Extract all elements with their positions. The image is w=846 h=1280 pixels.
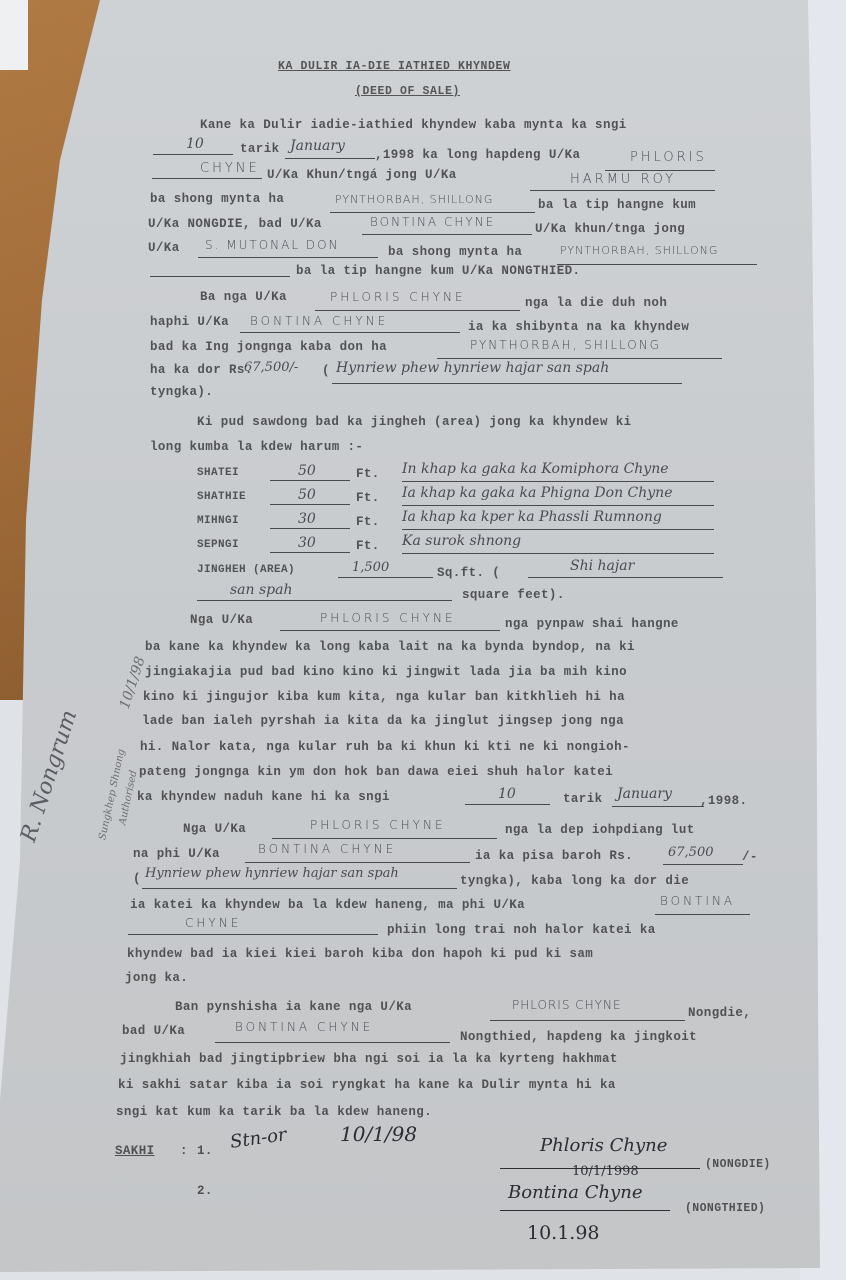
para4-line-6: pateng jongnga kin ym don hok ban dawa e… (139, 765, 613, 779)
day-blank (153, 154, 233, 155)
para5-t5: tyngka), kaba long ka dor die (460, 874, 689, 888)
khun-text-2: U/Ka khun/tnga jong (535, 222, 685, 236)
para5-buyer-blank (245, 862, 470, 863)
para2-t4: bad ka Ing jongnga kaba don ha (150, 340, 387, 354)
boundary-unit: Ft. (356, 515, 380, 529)
para2-seller: PHLORIS CHYNE (330, 290, 466, 304)
para2-lead: Ba nga U/Ka (200, 290, 287, 304)
seller-signature: Phloris Chyne (540, 1135, 667, 1156)
boundary-label: MIHNGI (197, 515, 239, 527)
area-words-2-blank (197, 600, 452, 601)
boundary-unit: Ft. (356, 539, 380, 553)
boundary-value-blank (270, 504, 350, 505)
para4-year: ,1998. (700, 794, 747, 808)
witness2-num: 2. (197, 1184, 213, 1198)
para5-t2: na phi U/Ka (133, 847, 220, 861)
para4-last-line: ka khyndew naduh kane hi ka sngi (137, 790, 390, 804)
para5-t6: ia katei ka khyndew ba la kdew haneng, m… (130, 898, 525, 912)
para4-line-4: lade ban ialeh pyrshah ia kita da ka jin… (142, 714, 624, 728)
nongthied-text: ba la tip hangne kum U/Ka NONGTHIED. (296, 264, 580, 278)
para2-amount-words: Hynriew phew hynriew hajar san spah (336, 360, 609, 376)
intro-line: Kane ka Dulir iadie-iathied khyndew kaba… (200, 118, 627, 132)
para2-t3: ia ka shibynta na ka khyndew (468, 320, 689, 334)
para5-t3: ia ka pisa baroh Rs. (475, 849, 633, 863)
month-blank (285, 158, 375, 159)
para5-buyer-last: CHYNE (185, 916, 241, 930)
para2-buyer: BONTINA CHYNE (250, 314, 388, 328)
para3-line1: Ki pud sawdong bad ka jingheh (area) jon… (197, 415, 632, 429)
para6-line-1: ki sakhi satar kiba ia soi ryngkat ha ka… (118, 1078, 616, 1092)
area-value: 1,500 (352, 560, 389, 575)
para4-seller: PHLORIS CHYNE (320, 611, 456, 625)
para5-amount-words: Hynriew phew hynriew hajar san spah (145, 866, 399, 881)
para2-paren: ( (322, 364, 330, 378)
boundary-label: SHATHIE (197, 491, 246, 503)
shong-text: ba shong mynta ha (150, 192, 284, 206)
para5-seller: PHLORIS CHYNE (310, 818, 446, 832)
area-value-blank (338, 577, 433, 578)
seller-role: (NONGDIE) (705, 1158, 771, 1171)
para6-t3: Nongthied, hapdeng ka jingkoit (460, 1030, 697, 1044)
boundary-desc-blank (402, 553, 714, 554)
para5-buyer-last-blank (128, 934, 378, 935)
para6-t2: bad U/Ka (122, 1024, 185, 1038)
para6-t1: Nongdie, (688, 1006, 751, 1020)
para2-words-blank (332, 383, 682, 384)
para4-day: 10 (498, 786, 516, 802)
para4-month-blank (612, 806, 704, 807)
para5-seller-blank (272, 838, 497, 839)
para6-line-0: jingkhiah bad jingtipbriew bha ngi soi i… (120, 1052, 618, 1066)
uka-label: U/Ka (148, 241, 180, 255)
boundary-description: In khap ka gaka ka Komiphora Chyne (402, 461, 669, 477)
para2-t5: ha ka dor Rs. (150, 363, 253, 377)
para4-lead: Nga U/Ka (190, 613, 253, 627)
para4-line-3: kino ki jingujor kiba kum kita, nga kula… (143, 690, 625, 704)
tarik-label: tarik (240, 142, 280, 156)
para4-tarik: tarik (563, 792, 603, 806)
para6-line-2: sngi kat kum ka tarik ba la kdew haneng. (116, 1105, 432, 1119)
para2-location: PYNTHORBAH, SHILLONG (470, 338, 661, 352)
intro-seller-last: CHYNE (200, 161, 260, 176)
buyer-role: (NONGTHIED) (685, 1202, 765, 1215)
parent-blank (530, 190, 715, 191)
boundary-unit: Ft. (356, 467, 380, 481)
boundary-value-blank (270, 552, 350, 553)
para5-t8: khyndew bad ia kiei kiei baroh kiba don … (127, 947, 593, 961)
para4-seller-blank (280, 630, 500, 631)
intro-buyer-name: BONTINA CHYNE (370, 215, 495, 229)
khun-text: U/Ka Khun/tngá jong U/Ka (267, 168, 457, 182)
intro-year-text: ,1998 ka long hapdeng U/Ka (375, 148, 580, 162)
seller-first-blank (605, 170, 715, 171)
boundary-description: Ia khap ka kper ka Phassli Rumnong (402, 509, 662, 525)
buyer-signature-line (500, 1210, 670, 1211)
buyer-signature: Bontina Chyne (508, 1182, 642, 1203)
area-tail: square feet). (462, 588, 565, 602)
buyer-date: 10.1.98 (527, 1222, 600, 1244)
boundary-value: 50 (298, 487, 316, 503)
para6-buyer-blank (215, 1042, 450, 1043)
para5-lead: Nga U/Ka (183, 822, 246, 836)
para4-line-1: ba kane ka khyndew ka long kaba lait na … (145, 640, 635, 654)
boundary-value: 30 (298, 535, 316, 551)
intro-seller-address: PYNTHORBAH, SHILLONG (335, 193, 493, 206)
intro-seller-parent: HARMU ROY (570, 172, 676, 187)
para2-amount: 67,500/- (244, 360, 298, 375)
para5-amount: 67,500 (668, 845, 714, 860)
buyer-address-blank (557, 264, 757, 265)
para5-words-blank (142, 888, 457, 889)
boundary-description: Ka surok shnong (402, 533, 521, 549)
boundary-value-blank (270, 528, 350, 529)
background-card (0, 0, 28, 70)
shong-text-2: ba shong mynta ha (388, 245, 522, 259)
para4-month: January (617, 786, 672, 802)
area-words-2: san spah (230, 582, 293, 598)
buyer-parent-blank (198, 257, 378, 258)
area-unit: Sq.ft. ( (437, 566, 500, 580)
document-title: KA DULIR IA-DIE IATHIED KHYNDEW (278, 60, 511, 73)
para6-buyer: BONTINA CHYNE (235, 1020, 373, 1034)
boundary-unit: Ft. (356, 491, 380, 505)
para4-line-0: nga pynpaw shai hangne (505, 617, 679, 631)
empty-blank (150, 276, 290, 277)
boundary-desc-blank (402, 505, 714, 506)
para2-t2: haphi U/Ka (150, 315, 229, 329)
address-blank (330, 212, 535, 213)
para2-t1: nga la die duh noh (525, 296, 667, 310)
buyer-blank (362, 234, 532, 235)
boundary-value-blank (270, 480, 350, 481)
para2-buyer-blank (240, 332, 460, 333)
boundary-label: SHATEI (197, 467, 239, 479)
para6-lead: Ban pynshisha ia kane nga U/Ka (175, 1000, 412, 1014)
para5-t7: phiin long trai noh halor katei ka (387, 923, 656, 937)
para5-t9: jong ka. (125, 971, 188, 985)
boundary-value: 30 (298, 511, 316, 527)
para5-buyer: BONTINA CHYNE (258, 842, 396, 856)
nongdie-text: U/Ka NONGDIE, bad U/Ka (148, 217, 322, 231)
para5-buyer-first: BONTINA (660, 894, 735, 908)
sakhi-colon: : (180, 1144, 188, 1158)
intro-day: 10 (186, 136, 204, 152)
witness1-num: 1. (197, 1144, 213, 1158)
para5-amount-blank (663, 864, 743, 865)
para5-dash: /- (742, 850, 758, 864)
boundary-value: 50 (298, 463, 316, 479)
para4-line-5: hi. Nalor kata, nga kular ruh ba ki khun… (140, 740, 630, 754)
boundary-desc-blank (402, 529, 714, 530)
para2-t7: tyngka). (150, 385, 213, 399)
seller-last-blank (152, 178, 262, 179)
para6-seller-blank (490, 1020, 685, 1021)
boundary-desc-blank (402, 481, 714, 482)
para4-day-blank (465, 804, 550, 805)
area-words-1: Shi hajar (570, 558, 634, 574)
intro-month: January (290, 138, 345, 154)
para5-buyer2-blank (655, 914, 750, 915)
intro-seller-first: PHLORIS (630, 150, 707, 165)
para4-line-2: jingiakajia pud bad kino kino ki jingwit… (145, 665, 627, 679)
para3-line2: long kumba la kdew harum :- (150, 440, 363, 454)
para5-t1: nga la dep iohpdiang lut (505, 823, 695, 837)
seller-date: 10/1/1998 (572, 1164, 639, 1179)
para2-seller-blank (315, 310, 520, 311)
intro-buyer-parent: S. MUTONAL DON (205, 238, 340, 252)
intro-buyer-address: PYNTHORBAH, SHILLONG (560, 244, 718, 257)
para6-seller: PHLORIS CHYNE (512, 998, 622, 1012)
boundary-description: Ia khap ka gaka ka Phigna Don Chyne (402, 485, 672, 501)
para5-paren: ( (133, 872, 141, 886)
sakhi-label: SAKHI (115, 1144, 155, 1158)
witness1-date: 10/1/98 (340, 1122, 417, 1146)
tip-text: ba la tip hangne kum (538, 198, 696, 212)
area-words-blank (528, 577, 723, 578)
para2-location-blank (437, 358, 722, 359)
boundary-label: SEPNGI (197, 539, 239, 551)
area-label: JINGHEH (AREA) (197, 564, 295, 576)
document-subtitle: (DEED OF SALE) (355, 85, 460, 98)
